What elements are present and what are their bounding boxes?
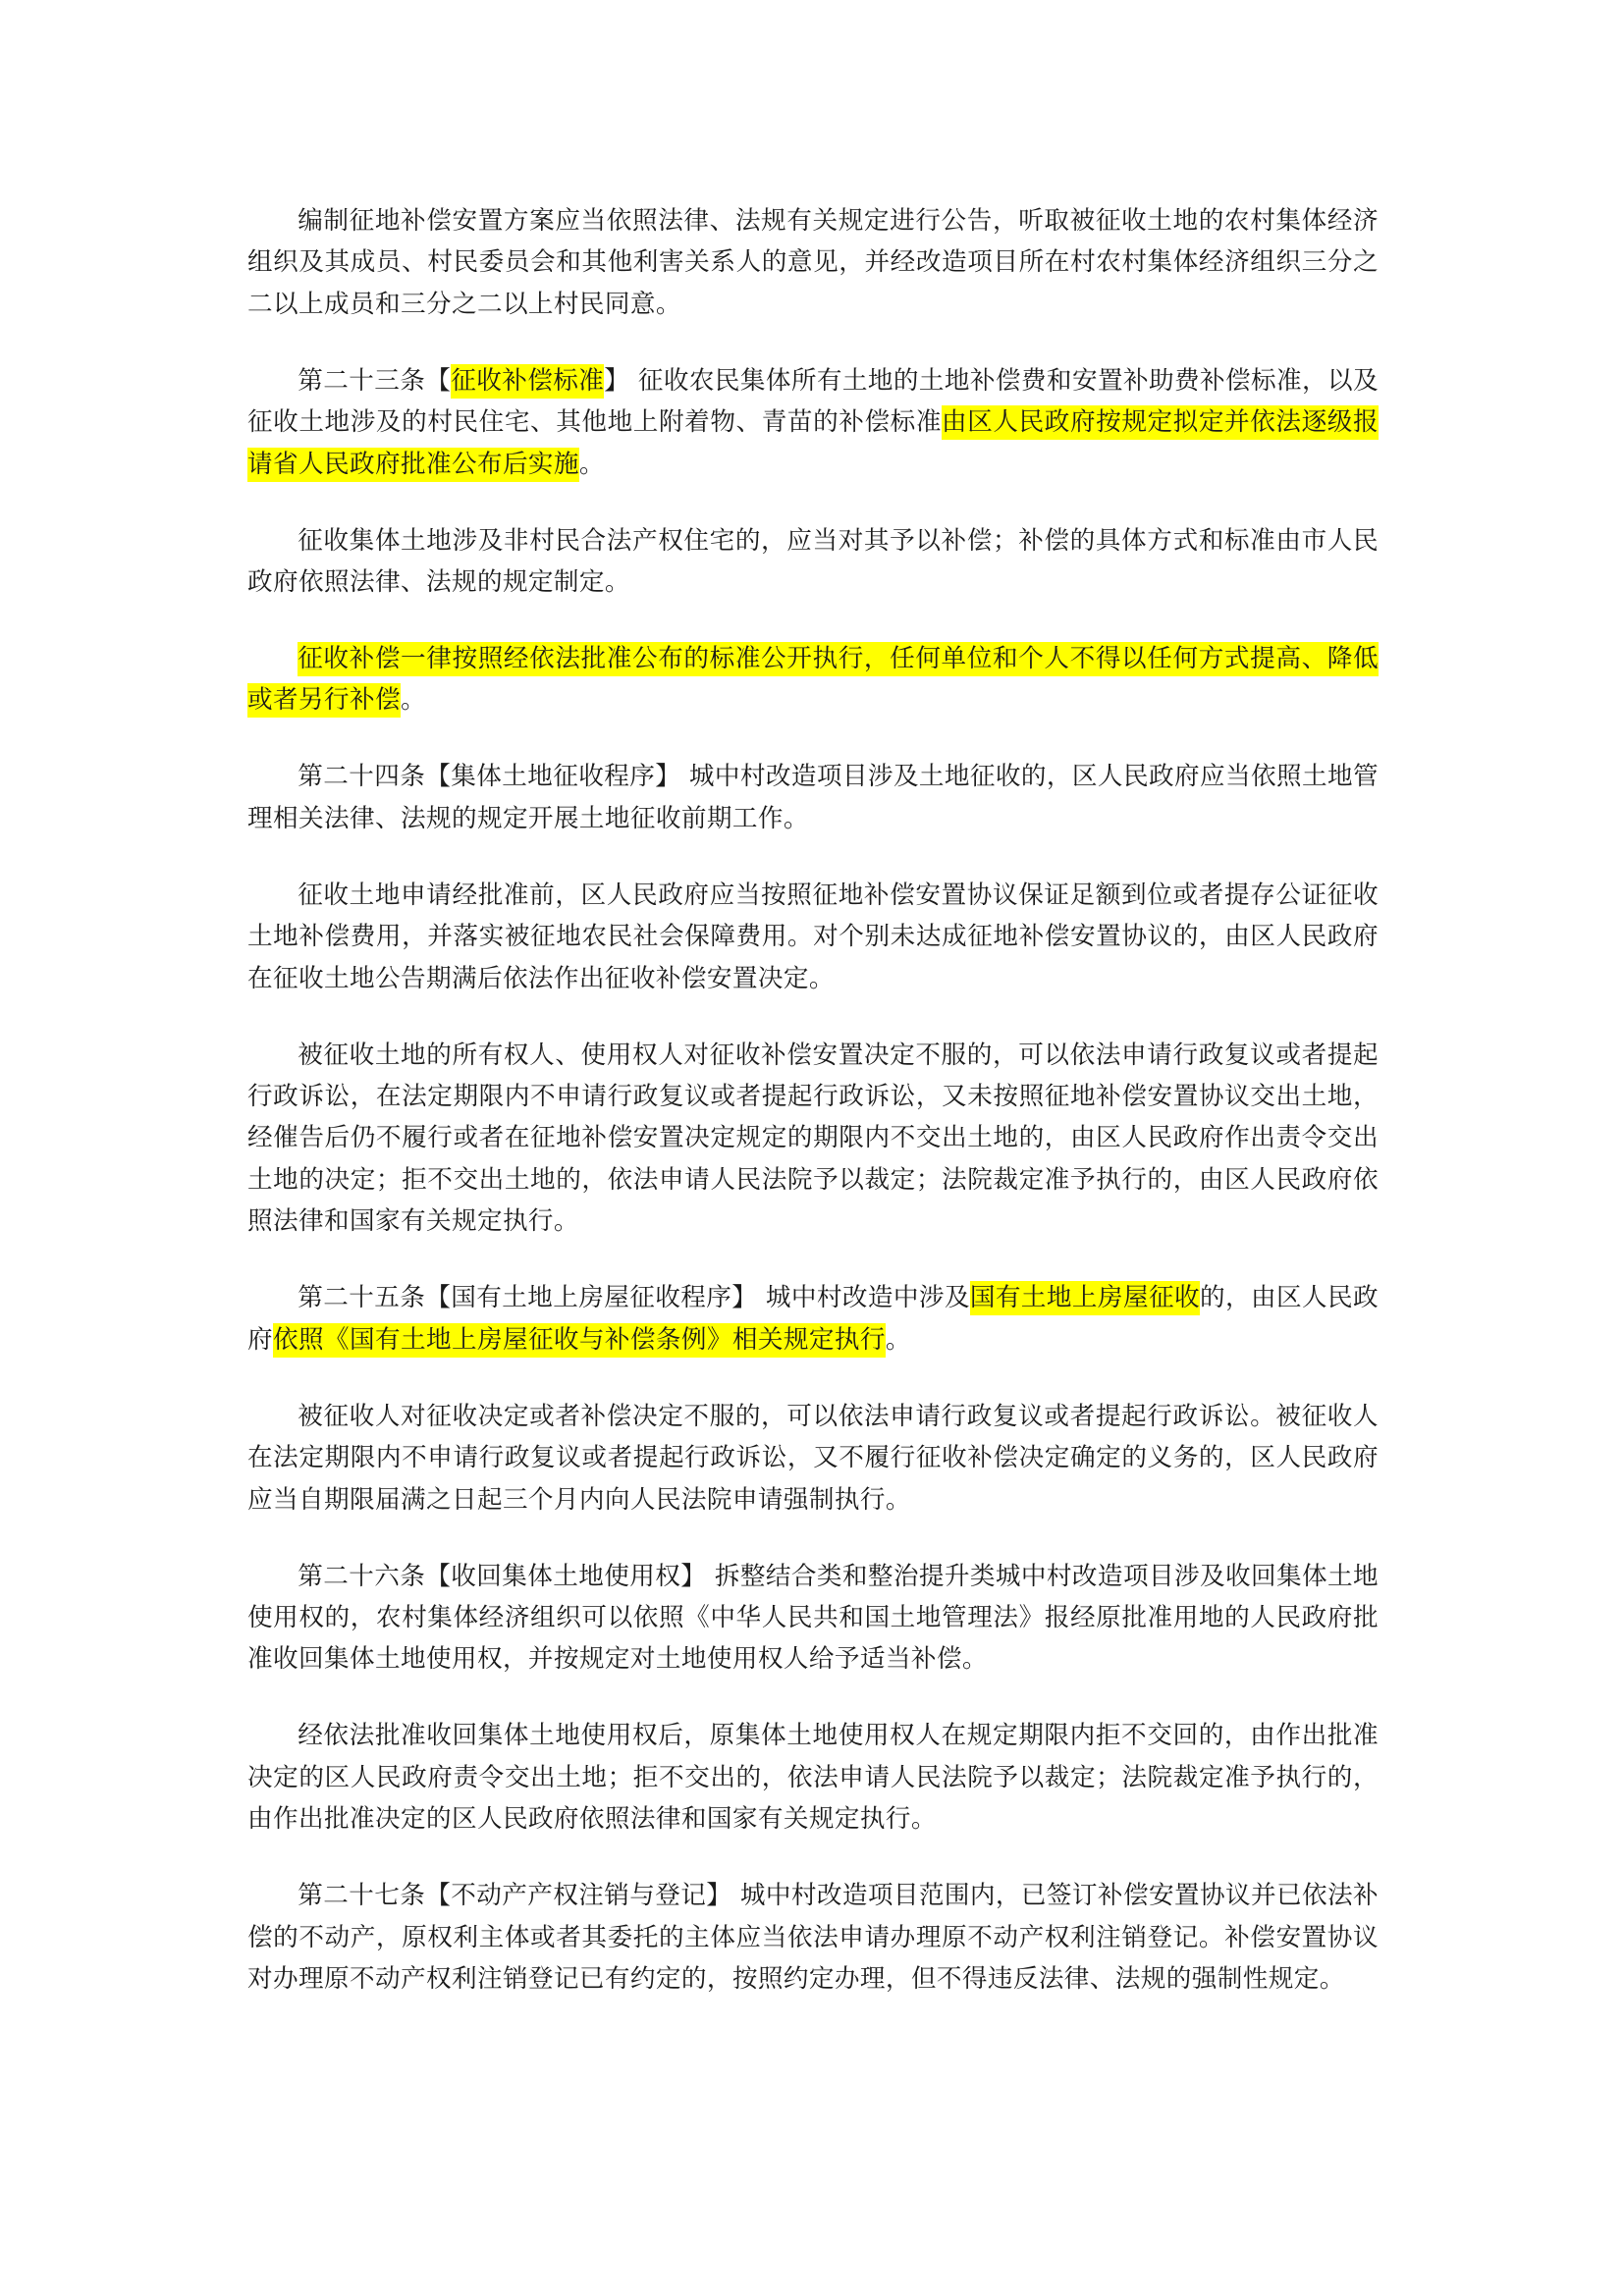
paragraph-article-25: 第二十五条【国有土地上房屋征收程序】 城中村改造中涉及国有土地上房屋征收的，由区… xyxy=(247,1277,1379,1361)
text-segment: 第二十六条【收回集体土地使用权】 拆整结合类和整治提升类城中村改造项目涉及收回集… xyxy=(247,1562,1379,1675)
paragraph-article-24: 第二十四条【集体土地征收程序】 城中村改造项目涉及土地征收的，区人民政府应当依照… xyxy=(247,756,1379,839)
text-segment: 。 xyxy=(401,685,426,715)
text-segment: 编制征地补偿安置方案应当依照法律、法规有关规定进行公告，听取被征收土地的农村集体… xyxy=(247,206,1379,319)
text-segment: 。 xyxy=(886,1325,911,1355)
highlighted-text: 国有土地上房屋征收 xyxy=(970,1281,1200,1315)
text-segment: 第二十三条【 xyxy=(298,366,451,396)
paragraph-article-26: 第二十六条【收回集体土地使用权】 拆整结合类和整治提升类城中村改造项目涉及收回集… xyxy=(247,1556,1379,1681)
text-segment: 第二十七条【不动产产权注销与登记】 城中村改造项目范围内，已签订补偿安置协议并已… xyxy=(247,1881,1379,1994)
paragraph-non-villager-housing: 征收集体土地涉及非村民合法产权住宅的，应当对其予以补偿；补偿的具体方式和标准由市… xyxy=(247,520,1379,604)
paragraph-objection-procedure: 被征收土地的所有权人、使用权人对征收补偿安置决定不服的，可以依法申请行政复议或者… xyxy=(247,1035,1379,1243)
highlighted-article-title: 征收补偿标准 xyxy=(451,364,604,399)
text-segment: 被征收人对征收决定或者补偿决定不服的，可以依法申请行政复议或者提起行政诉讼。被征… xyxy=(247,1402,1379,1515)
text-segment: 征收集体土地涉及非村民合法产权住宅的，应当对其予以补偿；补偿的具体方式和标准由市… xyxy=(247,526,1379,597)
paragraph-article-23: 第二十三条【征收补偿标准】 征收农民集体所有土地的土地补偿费和安置补助费补偿标准… xyxy=(247,360,1379,485)
paragraph-compensation-plan-notice: 编制征地补偿安置方案应当依照法律、法规有关规定进行公告，听取被征收土地的农村集体… xyxy=(247,200,1379,325)
highlighted-text: 依照《国有土地上房屋征收与补偿条例》相关规定执行 xyxy=(273,1323,886,1358)
paragraph-article-27: 第二十七条【不动产产权注销与登记】 城中村改造项目范围内，已签订补偿安置协议并已… xyxy=(247,1875,1379,2000)
text-segment: 第二十五条【国有土地上房屋征收程序】 城中村改造中涉及 xyxy=(298,1283,970,1312)
paragraph-pre-approval: 征收土地申请经批准前，区人民政府应当按照征地补偿安置协议保证足额到位或者提存公证… xyxy=(247,875,1379,999)
document-page: 编制征地补偿安置方案应当依照法律、法规有关规定进行公告，听取被征收土地的农村集体… xyxy=(247,200,1379,2035)
text-segment: 经依法批准收回集体土地使用权后，原集体土地使用权人在规定期限内拒不交回的，由作出… xyxy=(247,1721,1379,1834)
paragraph-expropriated-objection: 被征收人对征收决定或者补偿决定不服的，可以依法申请行政复议或者提起行政诉讼。被征… xyxy=(247,1396,1379,1521)
text-segment: 。 xyxy=(579,450,605,479)
paragraph-compensation-execution: 征收补偿一律按照经依法批准公布的标准公开执行，任何单位和个人不得以任何方式提高、… xyxy=(247,638,1379,721)
text-segment: 征收土地申请经批准前，区人民政府应当按照征地补偿安置协议保证足额到位或者提存公证… xyxy=(247,881,1379,993)
text-segment: 第二十四条【集体土地征收程序】 城中村改造项目涉及土地征收的，区人民政府应当依照… xyxy=(247,762,1379,832)
paragraph-land-recovery-enforcement: 经依法批准收回集体土地使用权后，原集体土地使用权人在规定期限内拒不交回的，由作出… xyxy=(247,1715,1379,1840)
text-segment: 被征收土地的所有权人、使用权人对征收补偿安置决定不服的，可以依法申请行政复议或者… xyxy=(247,1041,1379,1237)
